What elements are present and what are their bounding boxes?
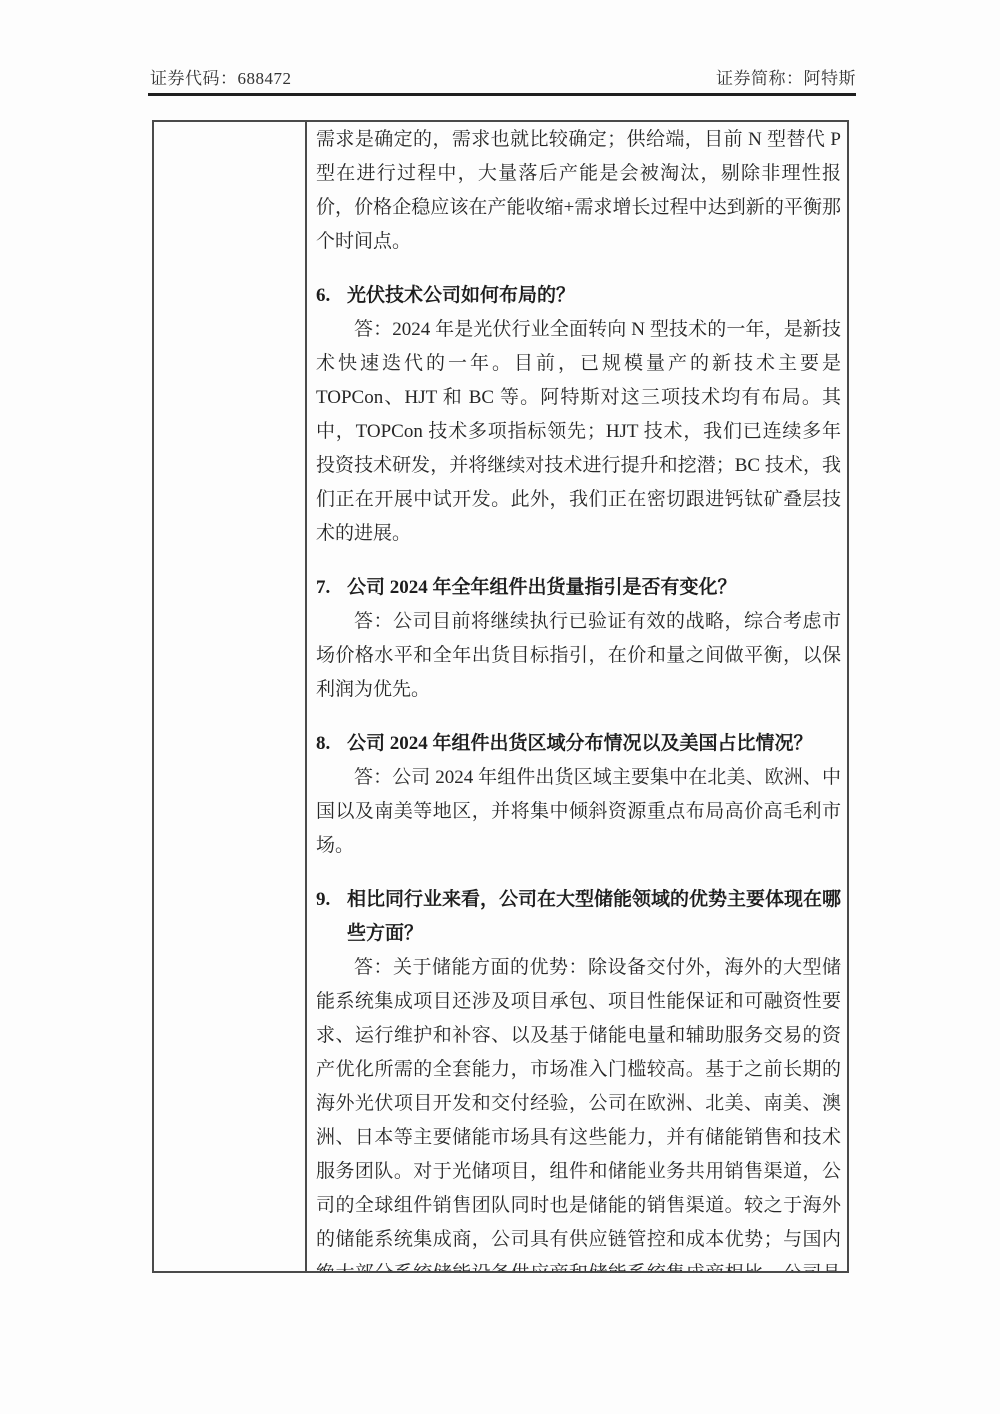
- question-9-text: 相比同行业来看，公司在大型储能领域的优势主要体现在哪些方面？: [347, 883, 841, 951]
- question-6: 6. 光伏技术公司如何布局的？: [316, 279, 841, 313]
- question-9-number: 9.: [316, 883, 347, 951]
- answer-6: 答：2024 年是光伏行业全面转向 N 型技术的一年，是新技术快速迭代的一年。目…: [316, 313, 841, 551]
- question-6-number: 6.: [316, 279, 347, 313]
- qa-table: 需求是确定的，需求也就比较确定；供给端，目前 N 型替代 P 型在进行过程中，大…: [152, 120, 849, 1273]
- question-8-number: 8.: [316, 727, 347, 761]
- stock-name-label: 证券简称：阿特斯: [716, 64, 856, 89]
- question-8-text: 公司 2024 年组件出货区域分布情况以及美国占比情况？: [347, 727, 841, 761]
- question-8: 8. 公司 2024 年组件出货区域分布情况以及美国占比情况？: [316, 727, 841, 761]
- question-7-number: 7.: [316, 571, 347, 605]
- table-right-column: 需求是确定的，需求也就比较确定；供给端，目前 N 型替代 P 型在进行过程中，大…: [307, 122, 847, 1271]
- answer-8: 答：公司 2024 年组件出货区域主要集中在北美、欧洲、中国以及南美等地区，并将…: [316, 761, 841, 863]
- answer-9: 答：关于储能方面的优势：除设备交付外，海外的大型储能系统集成项目还涉及项目承包、…: [316, 951, 841, 1271]
- header-divider-line: [148, 93, 856, 96]
- answer-7: 答：公司目前将继续执行已验证有效的战略，综合考虑市场价格水平和全年出货目标指引，…: [316, 605, 841, 707]
- context-paragraph: 需求是确定的，需求也就比较确定；供给端，目前 N 型替代 P 型在进行过程中，大…: [316, 123, 841, 259]
- question-9: 9. 相比同行业来看，公司在大型储能领域的优势主要体现在哪些方面？: [316, 883, 841, 951]
- page-header: 证券代码：688472 证券简称：阿特斯: [150, 64, 856, 89]
- stock-code-label: 证券代码：688472: [150, 64, 292, 89]
- question-6-text: 光伏技术公司如何布局的？: [347, 279, 841, 313]
- table-left-column-empty: [154, 122, 307, 1271]
- question-7-text: 公司 2024 年全年组件出货量指引是否有变化？: [347, 571, 841, 605]
- question-7: 7. 公司 2024 年全年组件出货量指引是否有变化？: [316, 571, 841, 605]
